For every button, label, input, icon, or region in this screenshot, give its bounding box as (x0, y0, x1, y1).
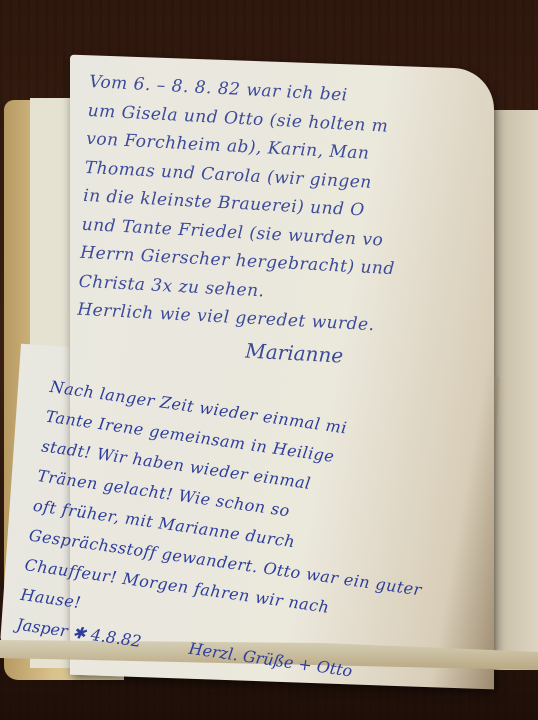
handwritten-entry-2: Nach langer Zeit wieder einmal mi Tante … (14, 372, 444, 695)
handwritten-entry-1: Vom 6. – 8. 8. 82 war ich bei um Gisela … (75, 68, 405, 375)
